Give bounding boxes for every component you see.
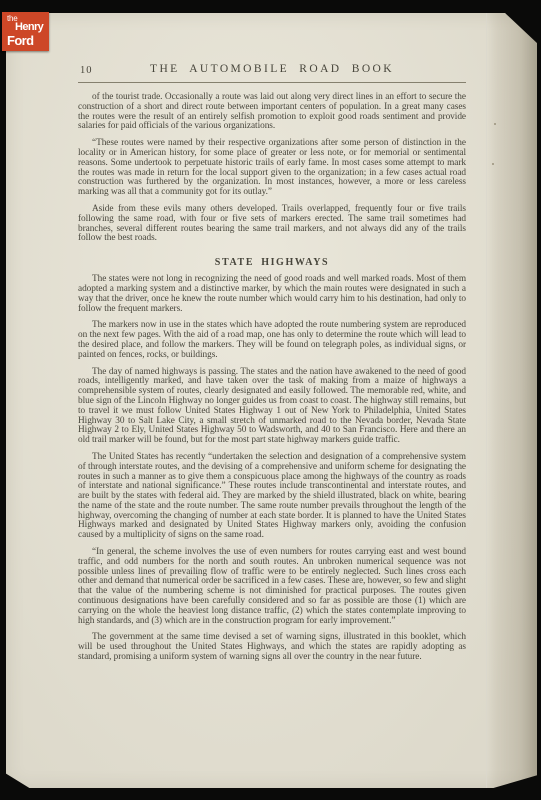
body-paragraph: “In general, the scheme involves the use… xyxy=(78,548,466,626)
body-paragraph: The markers now in use in the states whi… xyxy=(78,321,466,360)
body-paragraph: “These routes were named by their respec… xyxy=(78,139,466,198)
body-paragraph: The day of named highways is passing. Th… xyxy=(78,368,466,446)
running-title: THE AUTOMOBILE ROAD BOOK xyxy=(78,63,466,75)
henry-ford-logo: the Henry Ford xyxy=(2,12,49,51)
scan-viewport: { "colors": { "background": "#0a0a09", "… xyxy=(0,0,541,800)
body-paragraph: The government at the same time devised … xyxy=(78,633,466,662)
page-number: 10 xyxy=(80,65,93,76)
body-paragraph: The states were not long in recognizing … xyxy=(78,275,466,314)
page-edge-curl xyxy=(486,13,537,788)
scan-edge-notch xyxy=(5,773,31,789)
body-paragraph: Aside from these evils many others devel… xyxy=(78,205,466,244)
article-body: of the tourist trade. Occasionally a rou… xyxy=(78,93,466,663)
logo-text-henry: Henry xyxy=(15,22,43,33)
body-paragraph: The United States has recently “undertak… xyxy=(78,453,466,541)
dust-speck xyxy=(492,163,494,165)
section-heading: STATE HIGHWAYS xyxy=(78,257,466,268)
header-rule xyxy=(78,82,466,83)
body-paragraph: of the tourist trade. Occasionally a rou… xyxy=(78,93,466,132)
running-head: 10 THE AUTOMOBILE ROAD BOOK xyxy=(78,63,466,81)
logo-text-ford: Ford xyxy=(7,34,33,47)
dust-speck xyxy=(494,123,496,125)
page-content: 10 THE AUTOMOBILE ROAD BOOK of the touri… xyxy=(78,63,466,670)
scanned-page: 10 THE AUTOMOBILE ROAD BOOK of the touri… xyxy=(6,13,537,788)
